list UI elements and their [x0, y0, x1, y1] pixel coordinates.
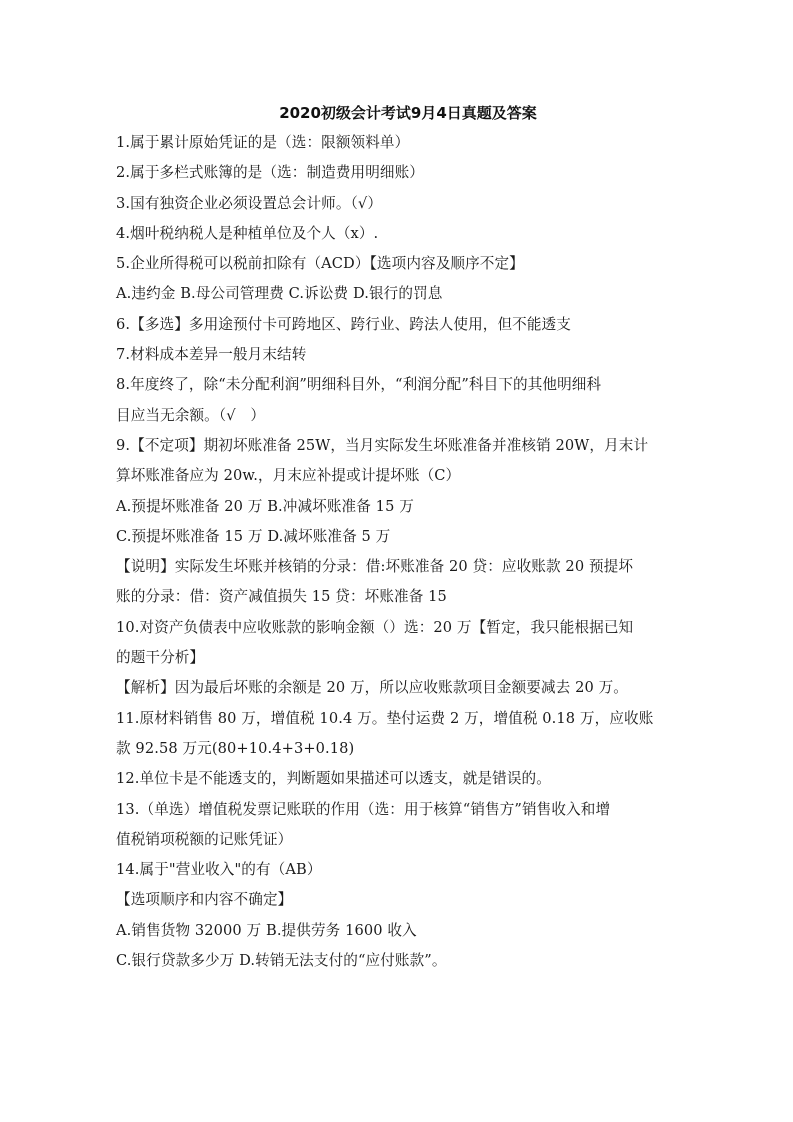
text-line: 3.国有独资企业必须设置总会计师。（√）: [116, 189, 678, 219]
document-title: 2020初级会计考试9月4日真题及答案: [138, 98, 678, 128]
text-line: 目应当无余额。（√ ）: [116, 401, 678, 431]
text-line: 2.属于多栏式账簿的是（选：制造费用明细账）: [116, 158, 678, 188]
text-line: 6.【多选】多用途预付卡可跨地区、跨行业、跨法人使用，但不能透支: [116, 310, 678, 340]
document-page: 2020初级会计考试9月4日真题及答案 1.属于累计原始凭证的是（选：限额领料单…: [116, 98, 678, 976]
text-line: 5.企业所得税可以税前扣除有（ACD）【选项内容及顺序不定】: [116, 249, 678, 279]
text-line: C.预提坏账准备 15 万 D.减坏账准备 5 万: [116, 522, 678, 552]
text-line: 10.对资产负债表中应收账款的影响金额（）选：20 万【暂定，我只能根据已知: [116, 613, 678, 643]
text-line: 9.【不定项】期初坏账准备 25W，当月实际发生坏账准备并准核销 20W，月末计: [116, 431, 678, 461]
text-line: 4.烟叶税纳税人是种植单位及个人（x）.: [116, 219, 678, 249]
text-line: 12.单位卡是不能透支的，判断题如果描述可以透支，就是错误的。: [116, 764, 678, 794]
text-line: 值税销项税额的记账凭证）: [116, 825, 678, 855]
text-line: 1.属于累计原始凭证的是（选：限额领料单）: [116, 128, 678, 158]
text-line: 账的分录：借：资产减值损失 15 贷：坏账准备 15: [116, 582, 678, 612]
text-line: 【选项顺序和内容不确定】: [116, 885, 678, 915]
text-line: 【解析】因为最后坏账的余额是 20 万，所以应收账款项目金额要减去 20 万。: [116, 673, 678, 703]
text-line: 13.（单选）增值税发票记账联的作用（选：用于核算“销售方”销售收入和增: [116, 795, 678, 825]
text-line: A.销售货物 32000 万 B.提供劳务 1600 收入: [116, 916, 678, 946]
text-line: 14.属于"营业收入"的有（AB）: [116, 855, 678, 885]
text-line: A.预提坏账准备 20 万 B.冲减坏账准备 15 万: [116, 492, 678, 522]
text-line: 7.材料成本差异一般月末结转: [116, 340, 678, 370]
text-line: 11.原材料销售 80 万，增值税 10.4 万。垫付运费 2 万，增值税 0.…: [116, 704, 678, 734]
text-line: 算坏账准备应为 20w.，月末应补提或计提坏账（C）: [116, 461, 678, 491]
text-line: 款 92.58 万元(80+10.4+3+0.18): [116, 734, 678, 764]
text-line: 【说明】实际发生坏账并核销的分录：借:坏账准备 20 贷：应收账款 20 预提坏: [116, 552, 678, 582]
text-line: C.银行贷款多少万 D.转销无法支付的“应付账款”。: [116, 946, 678, 976]
text-line: 8.年度终了，除“未分配利润”明细科目外，“利润分配”科目下的其他明细科: [116, 370, 678, 400]
text-line: 的题干分析】: [116, 643, 678, 673]
text-line: A.违约金 B.母公司管理费 C.诉讼费 D.银行的罚息: [116, 279, 678, 309]
